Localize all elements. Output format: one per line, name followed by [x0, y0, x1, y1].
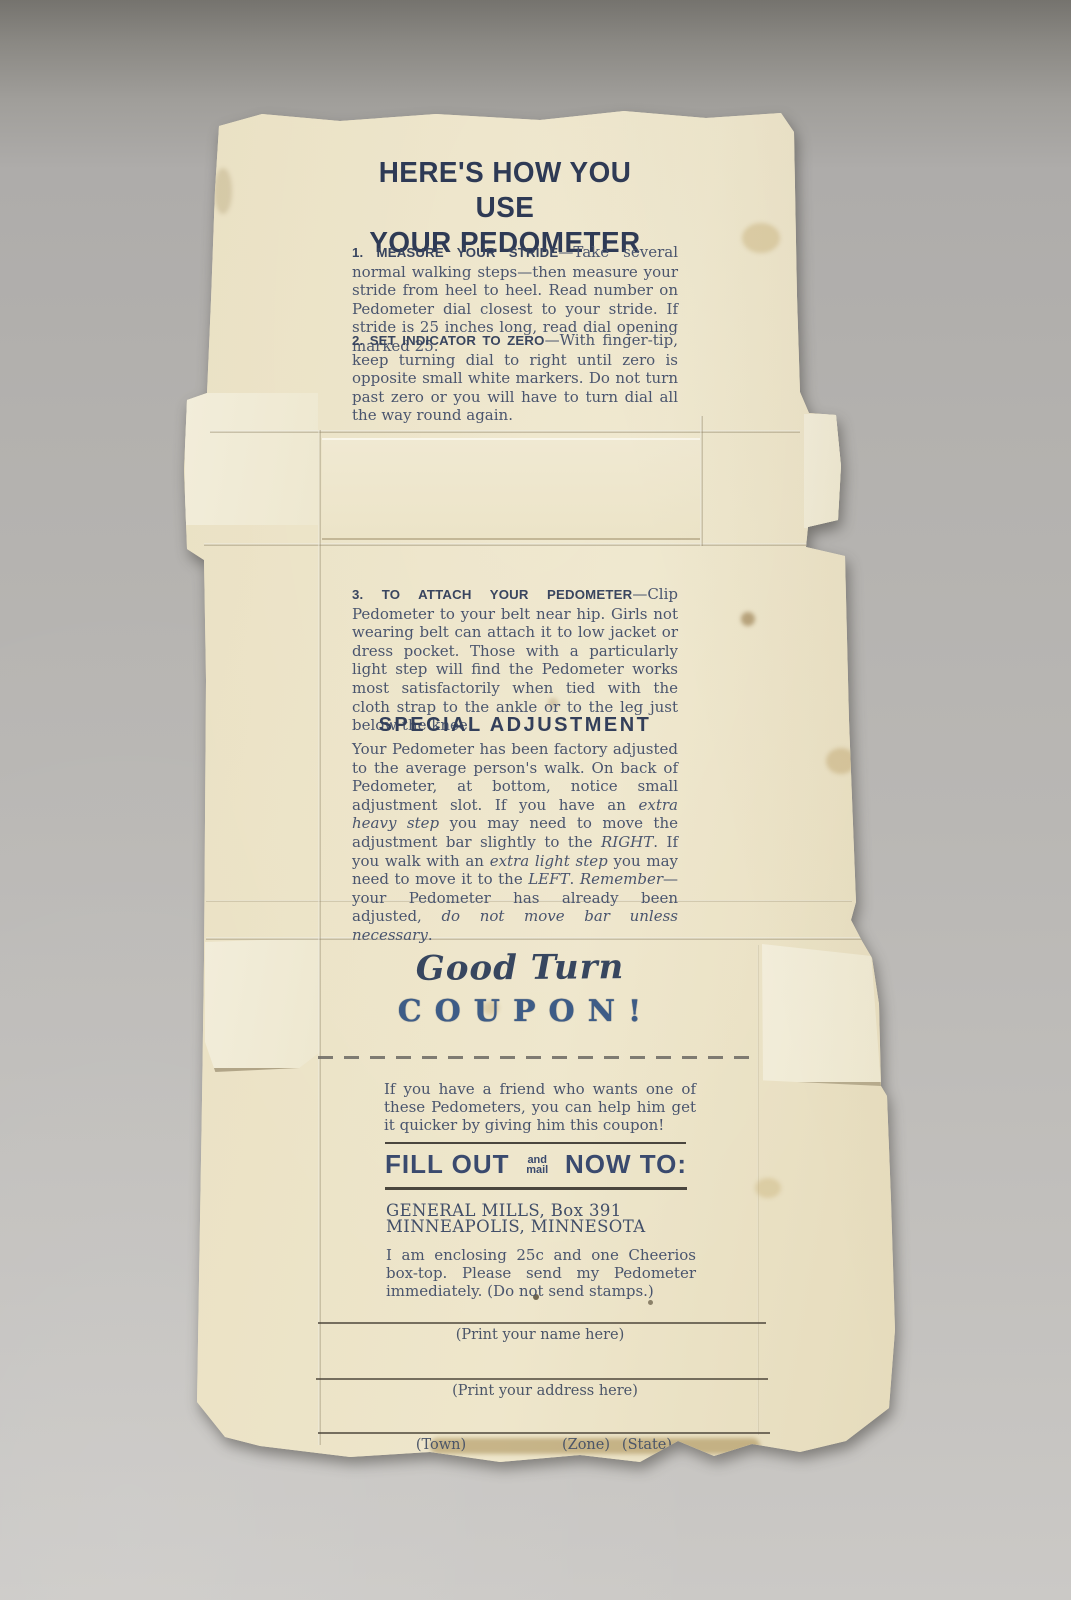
mail-to-address: GENERAL MILLS, Box 391 MINNEAPOLIS, MINN…	[386, 1203, 706, 1235]
address-write-line	[316, 1378, 768, 1380]
good-turn-script: Good Turn	[330, 946, 710, 989]
stain-mark	[755, 1178, 781, 1198]
right-side-flap	[760, 944, 881, 1086]
coupon-intro: If you have a friend who wants one of th…	[384, 1080, 696, 1135]
step-3-label: 3. TO ATTACH YOUR PEDOMETER	[352, 587, 632, 602]
now-to-label: NOW TO:	[565, 1149, 687, 1180]
and-mail-label: and mail	[526, 1155, 548, 1175]
mail-to-line-2: MINNEAPOLIS, MINNESOTA	[386, 1219, 706, 1235]
left-side-flap	[205, 938, 320, 1072]
special-adjustment-heading: SPECIAL ADJUSTMENT	[352, 714, 678, 737]
address-hint: (Print your address here)	[395, 1383, 695, 1399]
instruction-step-2: 2. SET INDICATOR TO ZERO—With finger-tip…	[352, 331, 678, 425]
name-write-line	[318, 1322, 766, 1324]
fold-crease	[318, 430, 321, 1445]
stain-mark	[214, 168, 232, 214]
special-adjustment-text: Your Pedometer has been factory adjusted…	[352, 740, 678, 945]
enclosure-note: I am enclosing 25c and one Cheerios box-…	[386, 1246, 696, 1301]
fold-crease	[204, 543, 846, 546]
rule-line-bottom	[385, 1187, 687, 1190]
town-zone-state-write-line	[318, 1432, 770, 1434]
stain-mark	[741, 612, 755, 626]
unfolded-pedometer-box: HERE'S HOW YOU USE YOUR PEDOMETER 1. MEA…	[0, 0, 1071, 1600]
fill-out-label: FILL OUT	[385, 1149, 510, 1180]
stain-mark	[742, 223, 780, 253]
instruction-step-3: 3. TO ATTACH YOUR PEDOMETER—Clip Pedomet…	[352, 585, 678, 735]
mail-word: mail	[526, 1164, 548, 1176]
fold-crease	[757, 945, 759, 1435]
fold-crease	[700, 416, 703, 546]
glue-panel-recess	[322, 438, 700, 540]
stain-mark	[648, 1300, 653, 1305]
fill-out-heading: FILL OUT and mail NOW TO:	[385, 1149, 687, 1180]
step-3-text: —Clip Pedometer to your belt near hip. G…	[352, 585, 678, 734]
tear-off-dashed-line	[318, 1056, 752, 1059]
state-hint: (State)	[597, 1437, 697, 1453]
name-hint: (Print your name here)	[390, 1327, 690, 1343]
town-hint: (Town)	[391, 1437, 491, 1453]
step-1-label: 1. MEASURE YOUR STRIDE	[352, 245, 558, 260]
step-2-label: 2. SET INDICATOR TO ZERO	[352, 333, 545, 348]
photo-backdrop: HERE'S HOW YOU USE YOUR PEDOMETER 1. MEA…	[0, 0, 1071, 1600]
right-tuck-flap	[804, 414, 842, 528]
title-line-1: HERE'S HOW YOU USE	[347, 156, 664, 226]
coupon-heading: COUPON!	[336, 994, 716, 1029]
rule-line-top	[385, 1142, 686, 1144]
stain-mark	[826, 748, 856, 774]
left-tuck-flap	[185, 393, 318, 525]
